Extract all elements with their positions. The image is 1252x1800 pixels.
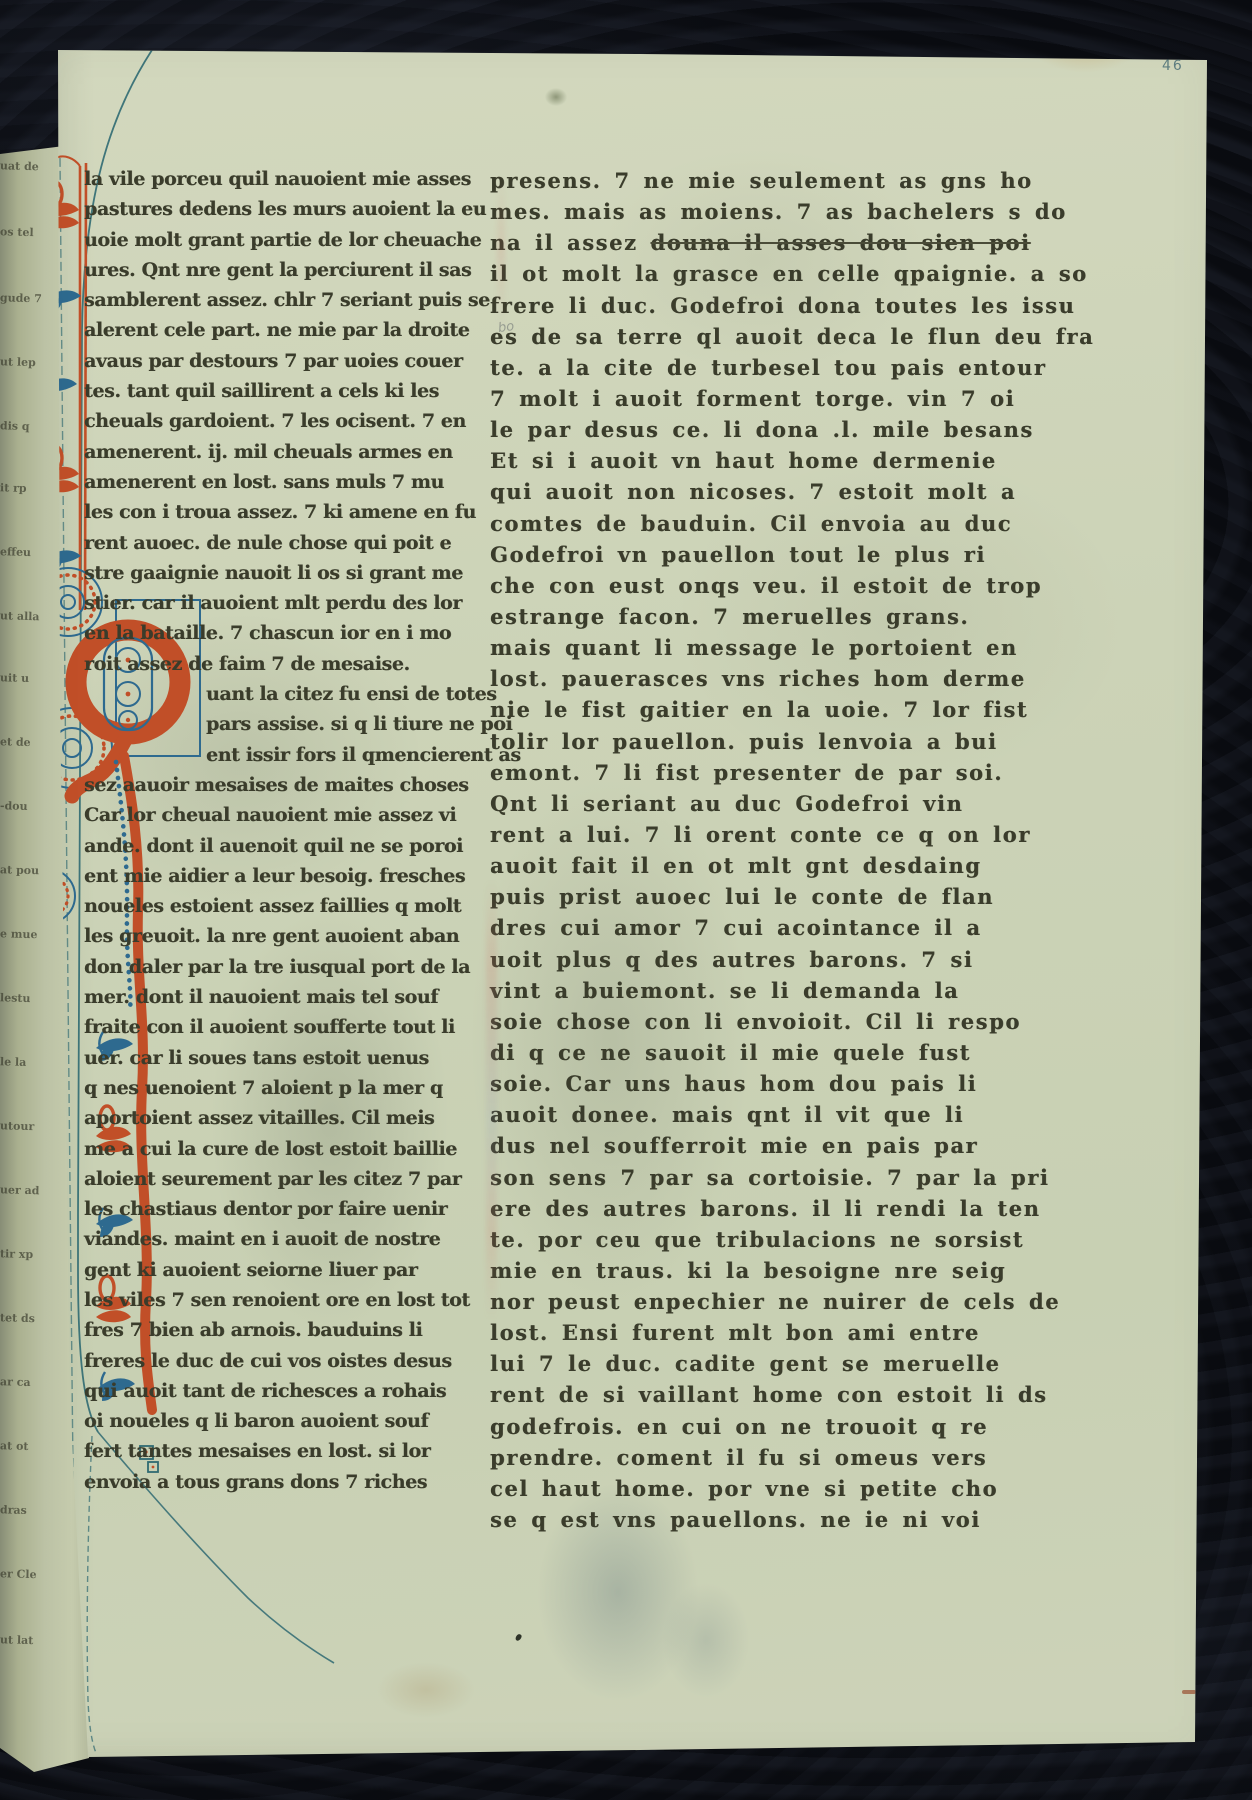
edge-text-fragment: it rp bbox=[0, 481, 58, 496]
edge-text-fragment: -dou bbox=[0, 799, 58, 814]
text-line: q nes uenoient 7 aloient p la mer q bbox=[84, 1077, 476, 1107]
show-through-pink bbox=[486, 880, 497, 1320]
text-line: godefrois. en cui on ne trouoit q re bbox=[490, 1414, 1122, 1445]
text-line: aloient seurement par les citez 7 par bbox=[84, 1168, 476, 1198]
text-line: mais quant li message le portoient en bbox=[490, 635, 1122, 666]
text-line: auoit donee. mais qnt il vit que li bbox=[490, 1102, 1122, 1133]
text-line: ures. Qnt nre gent la perciurent il sas bbox=[84, 259, 476, 289]
edge-text-fragment: ut lat bbox=[0, 1633, 58, 1648]
edge-text-fragment: e mue bbox=[0, 927, 58, 942]
ink-spot bbox=[515, 1633, 523, 1642]
text-line: stier. car il auoient mlt perdu des lor bbox=[84, 592, 476, 622]
text-line: estrange facon. 7 meruelles grans. bbox=[490, 604, 1122, 635]
text-line: Godefroi vn pauellon tout le plus ri bbox=[490, 542, 1122, 573]
text-line: nor peust enpechier ne nuirer de cels de bbox=[490, 1289, 1122, 1320]
text-line: dus nel soufferroit mie en pais par bbox=[490, 1133, 1122, 1164]
text-line: comtes de bauduin. Cil envoia au duc bbox=[490, 511, 1122, 542]
text-line: es de sa terre ql auoit deca le flun deu… bbox=[490, 324, 1122, 355]
text-line: dres cui amor 7 cui acointance il a bbox=[490, 915, 1122, 946]
text-line: la vile porceu quil nauoient mie asses bbox=[84, 168, 476, 198]
edge-text-fragment: at pou bbox=[0, 863, 58, 878]
text-line: aportoient assez vitailles. Cil meis bbox=[84, 1107, 476, 1137]
red-double-rule bbox=[56, 156, 86, 610]
struck-text: douna il asses dou sien poi bbox=[651, 230, 1031, 255]
text-line: rent de si vaillant home con estoit li d… bbox=[490, 1382, 1122, 1413]
folio-number: 46 bbox=[1162, 58, 1184, 74]
edge-text-fragment: at ot bbox=[0, 1439, 58, 1454]
text-line: le par desus ce. li dona .l. mile besans bbox=[490, 417, 1122, 448]
text-line: lost. pauerasces vns riches hom derme bbox=[490, 666, 1122, 697]
text-line: les greuoit. la nre gent auoient aban bbox=[84, 925, 476, 955]
edge-text-fragment: uat de bbox=[0, 159, 58, 174]
text-line: cheuals gardoient. 7 les ocisent. 7 en bbox=[84, 410, 476, 440]
text-line: uoie molt grant partie de lor cheuache bbox=[84, 229, 476, 259]
text-line: Car lor cheual nauoient mie assez vi bbox=[84, 804, 476, 834]
text-line: ent mie aidier a leur besoig. fresches bbox=[84, 865, 476, 895]
text-line: cel haut home. por vne si petite cho bbox=[490, 1476, 1122, 1507]
text-line: soie. Car uns haus hom dou pais li bbox=[490, 1071, 1122, 1102]
text-line: lui 7 le duc. cadite gent se meruelle bbox=[490, 1351, 1122, 1382]
text-line: presens. 7 ne mie seulement as gns ho bbox=[490, 168, 1122, 199]
text-line: en la bataille. 7 chascun ior en i mo bbox=[84, 622, 476, 652]
text-line: oi noueles q li baron auoient souf bbox=[84, 1410, 476, 1440]
text-line: auoit fait il en ot mlt gnt desdaing bbox=[490, 853, 1122, 884]
text-line: puis prist auoec lui le conte de flan bbox=[490, 884, 1122, 915]
text-line: tes. tant quil saillirent a cels ki les bbox=[84, 380, 476, 410]
text-line: pars assise. si q li tiure ne poi bbox=[84, 713, 476, 743]
text-line: son sens 7 par sa cortoisie. 7 par la pr… bbox=[490, 1165, 1122, 1196]
edge-text-fragment: et de bbox=[0, 735, 58, 750]
text-line: soie chose con li envoioit. Cil li respo bbox=[490, 1009, 1122, 1040]
edge-text-fragment: ar ca bbox=[0, 1375, 58, 1390]
edge-text-fragment: le la bbox=[0, 1055, 58, 1070]
text-line: avaus par destours 7 par uoies couer bbox=[84, 350, 476, 380]
text-line: alerent cele part. ne mie par la droite bbox=[84, 319, 476, 349]
edge-text-fragment: utour bbox=[0, 1119, 58, 1134]
text-line: noueles estoient assez faillies q molt bbox=[84, 895, 476, 925]
text-line: uoit plus q des autres barons. 7 si bbox=[490, 947, 1122, 978]
edge-text-fragment: tet ds bbox=[0, 1311, 58, 1326]
text-line: frere li duc. Godefroi dona toutes les i… bbox=[490, 293, 1122, 324]
text-line: ent issir fors il qmencierent as bbox=[84, 744, 476, 774]
text-line: se q est vns pauellons. ne ie ni voi bbox=[490, 1507, 1122, 1538]
text-line: prendre. coment il fu si omeus vers bbox=[490, 1445, 1122, 1476]
edge-text-fragment: tir xp bbox=[0, 1247, 58, 1262]
text-line: tolir lor pauellon. puis lenvoia a bui bbox=[490, 729, 1122, 760]
text-line: gent ki auoient seiorne liuer par bbox=[84, 1259, 476, 1289]
text-line: na il assez douna il asses dou sien poi bbox=[490, 230, 1122, 261]
text-line: uer. car li soues tans estoit uenus bbox=[84, 1047, 476, 1077]
edge-text-fragment: dis q bbox=[0, 419, 58, 434]
edge-text-fragment: er Cle bbox=[0, 1567, 58, 1582]
text-line: 7 molt i auoit forment torge. vin 7 oi bbox=[490, 386, 1122, 417]
text-line: lost. Ensi furent mlt bon ami entre bbox=[490, 1320, 1122, 1351]
text-line: amenerent. ij. mil cheuals armes en bbox=[84, 441, 476, 471]
edge-text-fragment: ut alla bbox=[0, 609, 58, 624]
parchment-page: 46 bbox=[0, 0, 1252, 1800]
text-column-left: la vile porceu quil nauoient mie assespa… bbox=[84, 168, 476, 1501]
text-line: qui auoit tant de richesces a rohais bbox=[84, 1380, 476, 1410]
text-line: les viles 7 sen renoient ore en lost tot bbox=[84, 1289, 476, 1319]
edge-text-fragment: effeu bbox=[0, 545, 58, 560]
rust-speck bbox=[1182, 1690, 1196, 1694]
manuscript-photo: { "page": { "folio_number": "46" }, "col… bbox=[0, 0, 1252, 1800]
text-line: che con eust onqs veu. il estoit de trop bbox=[490, 573, 1122, 604]
text-line: don daler par la tre iusqual port de la bbox=[84, 956, 476, 986]
text-line: pastures dedens les murs auoient la eu bbox=[84, 198, 476, 228]
edge-text-fragment: os tel bbox=[0, 225, 58, 240]
text-line: freres le duc de cui vos oistes desus bbox=[84, 1350, 476, 1380]
text-line: stre gaaignie nauoit li os si grant me bbox=[84, 562, 476, 592]
text-line: emont. 7 li fist presenter de par soi. bbox=[490, 760, 1122, 791]
edge-text-fragment: uit u bbox=[0, 671, 58, 686]
text-line: roit assez de faim 7 de mesaise. bbox=[84, 653, 476, 683]
text-line: mer. dont il nauoient mais tel souf bbox=[84, 986, 476, 1016]
text-line: nie le fist gaitier en la uoie. 7 lor fi… bbox=[490, 697, 1122, 728]
text-line: vint a buiemont. se li demanda la bbox=[490, 978, 1122, 1009]
text-line: mie en traus. ki la besoigne nre seig bbox=[490, 1258, 1122, 1289]
text-line: les con i troua assez. 7 ki amene en fu bbox=[84, 501, 476, 531]
text-line: rent a lui. 7 li orent conte ce q on lor bbox=[490, 822, 1122, 853]
text-line: uant la citez fu ensi de totes bbox=[84, 683, 476, 713]
text-line: rent auoec. de nule chose qui poit e bbox=[84, 532, 476, 562]
text-line: viandes. maint en i auoit de nostre bbox=[84, 1228, 476, 1258]
text-line: les chastiaus dentor por faire uenir bbox=[84, 1198, 476, 1228]
text-line: envoia a tous grans dons 7 riches bbox=[84, 1471, 476, 1501]
text-line: me a cui la cure de lost estoit baillie bbox=[84, 1138, 476, 1168]
text-line: fraite con il auoient soufferte tout li bbox=[84, 1016, 476, 1046]
edge-text-fragment: lestu bbox=[0, 991, 58, 1006]
edge-text-fragment: gude 7 bbox=[0, 291, 58, 306]
text-line: ande. dont il auenoit quil ne se poroi bbox=[84, 835, 476, 865]
edge-text-fragment: dras bbox=[0, 1503, 58, 1518]
show-through-pink bbox=[497, 175, 505, 325]
text-line: Et si i auoit vn haut home dermenie bbox=[490, 448, 1122, 479]
text-line: te. a la cite de turbesel tou pais entou… bbox=[490, 355, 1122, 386]
text-line: qui auoit non nicoses. 7 estoit molt a bbox=[490, 479, 1122, 510]
text-line: sez aauoir mesaises de maites choses bbox=[84, 774, 476, 804]
text-column-right: presens. 7 ne mie seulement as gns homes… bbox=[490, 168, 1122, 1538]
text-line: fert tantes mesaises en lost. si lor bbox=[84, 1440, 476, 1470]
text-line: di q ce ne sauoit il mie quele fust bbox=[490, 1040, 1122, 1071]
edge-text-fragment: ut lep bbox=[0, 355, 58, 370]
text-line: ere des autres barons. il li rendi la te… bbox=[490, 1196, 1122, 1227]
edge-text-fragment: uer ad bbox=[0, 1183, 58, 1198]
text-line: te. por ceu que tribulacions ne sorsist bbox=[490, 1227, 1122, 1258]
text-line: samblerent assez. chlr 7 seriant puis se bbox=[84, 289, 476, 319]
text-line: il ot molt la grasce en celle qpaignie. … bbox=[490, 261, 1122, 292]
text-line: amenerent en lost. sans muls 7 mu bbox=[84, 471, 476, 501]
text-line: Qnt li seriant au duc Godefroi vin bbox=[490, 791, 1122, 822]
text-line: fres 7 bien ab arnois. bauduins li bbox=[84, 1319, 476, 1349]
text-line: mes. mais as moiens. 7 as bachelers s do bbox=[490, 199, 1122, 230]
